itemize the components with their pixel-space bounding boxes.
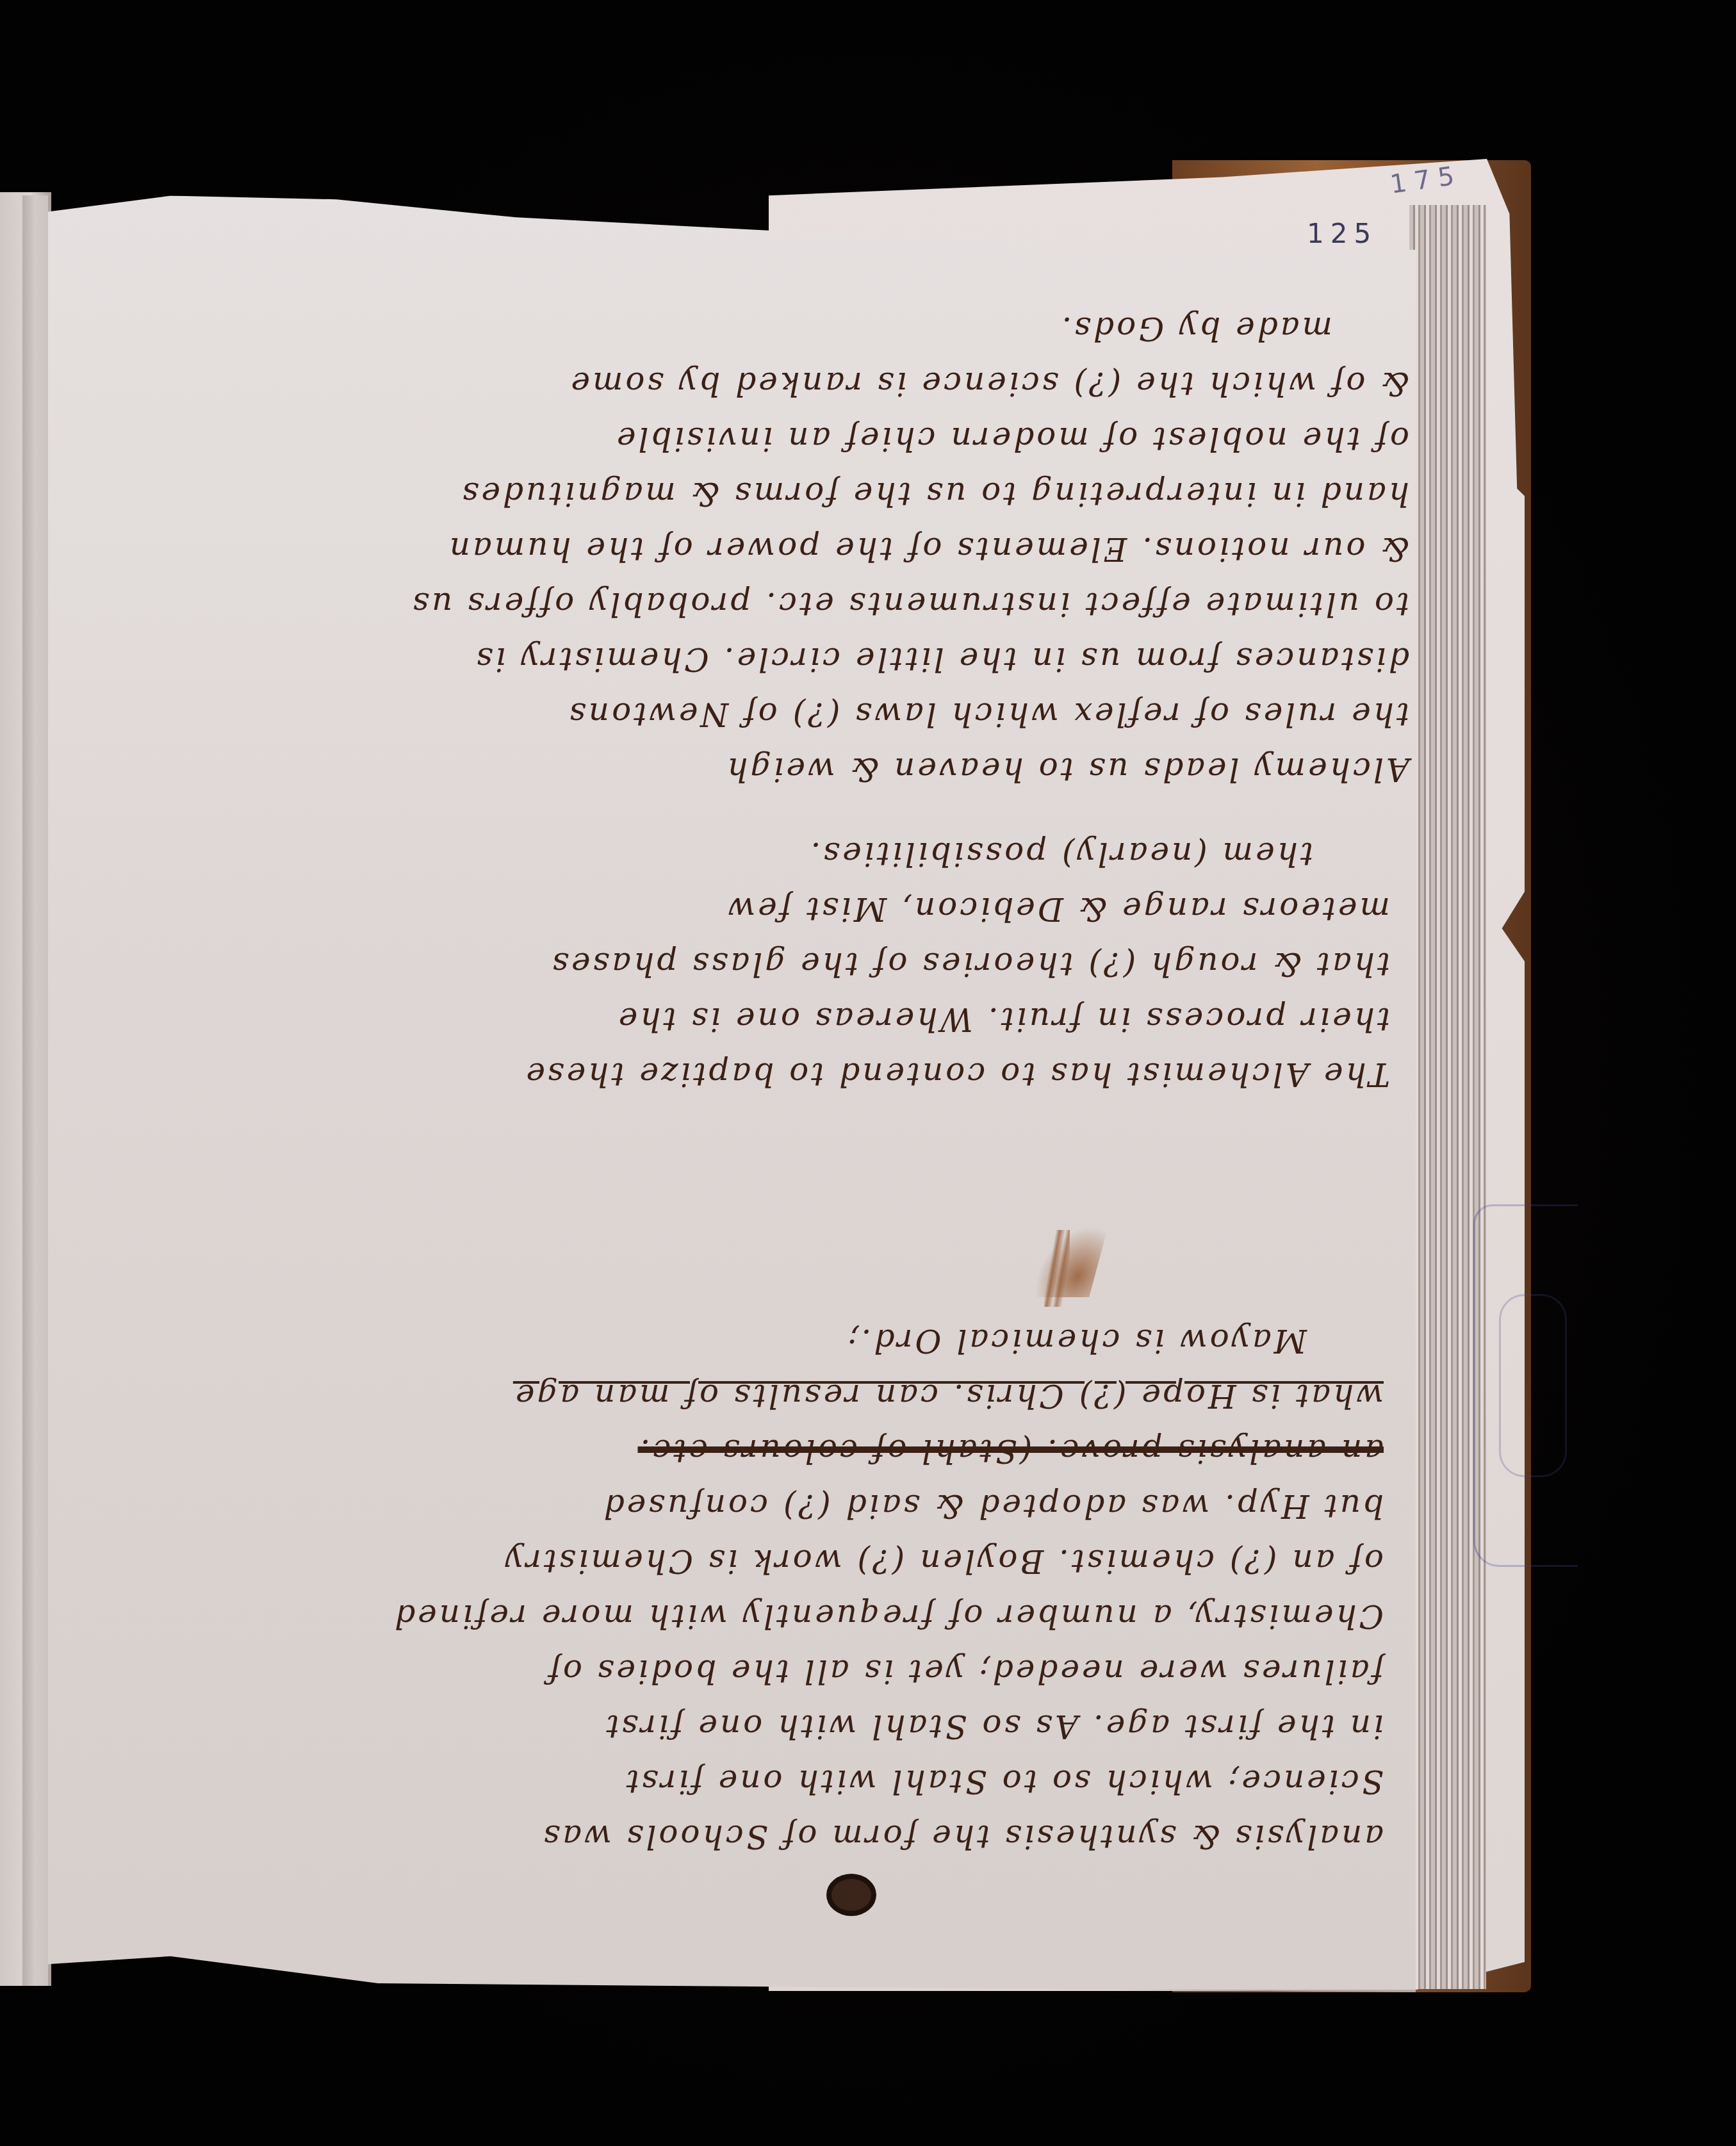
- handwritten-line: The Alchemist has to contend to baptize …: [301, 1047, 1390, 1102]
- handwritten-line: but Hyp. was adopted & said (?) confused: [231, 1478, 1384, 1534]
- ink-blot-icon: [826, 1874, 876, 1916]
- handwritten-line: made by Gods.: [320, 301, 1409, 356]
- handwritten-block-bottom: analysis & synthesis the form of Schools…: [231, 1313, 1384, 1864]
- handwritten-line: an analysis prove. (Stahl of colours etc…: [231, 1423, 1384, 1478]
- handwritten-line: of the noblest of modern chief an invisi…: [320, 411, 1409, 466]
- ink-stain: [1044, 1230, 1070, 1307]
- handwritten-line: Mayow is chemical Ord.;: [231, 1313, 1384, 1368]
- handwritten-line: Chemistry, a number of frequently with m…: [231, 1589, 1384, 1644]
- handwritten-line: analysis & synthesis the form of Schools…: [231, 1809, 1384, 1864]
- handwritten-line: distances from us in the little circle. …: [320, 632, 1409, 687]
- handwritten-line: Alchemy leads us to heaven & weigh: [320, 742, 1409, 797]
- handwritten-line: & our notions. Elements of the power of …: [320, 521, 1409, 577]
- handwritten-line: the rules of reflex which laws (?) of Ne…: [320, 687, 1409, 742]
- handwritten-line: to ultimate effect instruments etc. prob…: [320, 577, 1409, 632]
- pencil-sketch-mark: [1499, 1294, 1567, 1477]
- page-number: 125: [1307, 218, 1377, 249]
- handwritten-line: in the first age. As so Stahl with one f…: [231, 1699, 1384, 1754]
- handwritten-line: Science; which so to Stahl with one firs…: [231, 1754, 1384, 1809]
- handwritten-line: what is Hope (?) Chris. can results of m…: [231, 1368, 1384, 1423]
- handwritten-block-top: Alchemy leads us to heaven & weigh the r…: [320, 301, 1409, 797]
- binding-gutter: [22, 195, 48, 1986]
- handwritten-line: meteors range & Debicon, Mist few: [301, 881, 1390, 937]
- handwritten-line: hand in interpreting to us the forms & m…: [320, 466, 1409, 521]
- handwritten-line: of an (?) chemist. Boylen (?) work is Ch…: [231, 1534, 1384, 1589]
- handwritten-line: & of which the (?) science is ranked by …: [320, 356, 1409, 411]
- page-stack-edges: [1409, 205, 1486, 1989]
- handwritten-line: that & rough (?) theories of the glass p…: [301, 937, 1390, 992]
- handwritten-block-middle: The Alchemist has to contend to baptize …: [301, 826, 1390, 1102]
- handwritten-line: them (nearly) possibilities.: [301, 826, 1390, 881]
- handwritten-line: their process in fruit. Whereas one is t…: [301, 992, 1390, 1047]
- handwritten-line: failures were needed; yet is all the bod…: [231, 1644, 1384, 1699]
